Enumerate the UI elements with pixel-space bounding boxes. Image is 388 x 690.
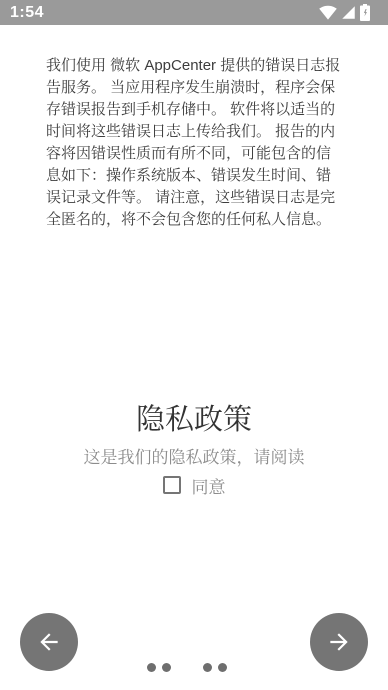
page-indicator-dot [162,663,171,672]
page-indicator-dot [147,663,156,672]
arrow-right-icon [326,629,352,655]
page-indicator-dot [203,663,212,672]
agree-row: 同意 [0,473,388,497]
status-time: 1:54 [10,4,44,22]
page-title: 隐私政策 [0,401,388,439]
agree-label[interactable]: 同意 [192,473,226,498]
arrow-left-icon [36,629,62,655]
page-subtitle: 这是我们的隐私政策，请阅读 [0,446,388,470]
cellular-signal-icon [341,5,356,20]
battery-icon [360,4,370,21]
app-screen: 1:54 我们使用 微软 AppCenter 提供的错误日志报告服 [0,0,388,690]
page-indicator-dot [218,663,227,672]
wifi-icon [319,5,337,20]
back-button[interactable] [20,613,78,671]
page-indicator [147,663,227,672]
page-indicator-dot-current [177,663,197,672]
next-button[interactable] [310,613,368,671]
status-icons [319,4,370,21]
agree-checkbox[interactable] [163,476,181,494]
status-bar: 1:54 [0,0,388,25]
privacy-description: 我们使用 微软 AppCenter 提供的错误日志报告服务。 当应用程序发生崩溃… [46,55,344,231]
